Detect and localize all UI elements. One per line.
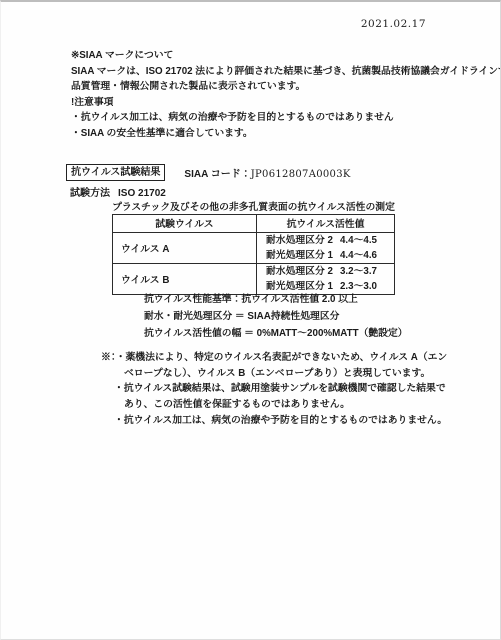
test-method-row: 試験方法ISO 21702 (70, 184, 166, 199)
footnote-line: あり、この活性値を保証するものではありません。 (124, 397, 460, 413)
table-header-row: 試験ウイルス 抗ウイルス活性値 (113, 215, 394, 232)
intro-line-siaa-mark-desc2: 品質管理・情報公開された製品に表示されています。 (71, 79, 444, 95)
criteria-line-performance: 抗ウイルス性能基準：抗ウイルス活性値 2.0 以上 (144, 291, 408, 308)
activity-value-line: 耐水処理区分 23.2～3.7 (266, 264, 394, 279)
test-results-table: 試験ウイルス 抗ウイルス活性値 ウイルス A 耐水処理区分 24.4～4.5 耐… (112, 214, 395, 295)
table-header-virus: 試験ウイルス (113, 215, 257, 232)
table-row-virus-a: ウイルス A 耐水処理区分 24.4～4.5 耐光処理区分 14.4～4.6 (113, 232, 394, 263)
treatment-label: 耐水処理区分 2 (266, 266, 333, 277)
activity-value-line: 耐光処理区分 14.4～4.6 (266, 248, 394, 263)
criteria-line-range: 抗ウイルス活性値の幅 ＝ 0%MATT～200%MATT（艶設定） (144, 325, 408, 342)
footnote-line: ベロープなし）、ウイルス B（エンベロープあり）と表現しています。 (124, 366, 460, 382)
footnote-line: ※：・薬機法により、特定のウイルス名表記ができないため、ウイルス A（エン (101, 350, 460, 366)
criteria-block: 抗ウイルス性能基準：抗ウイルス活性値 2.0 以上 耐水・耐光処理区分 ＝ SI… (144, 291, 408, 342)
footnote-line: ・抗ウイルス試験結果は、試験用塗装サンプルを試験機関で確認した結果で (114, 381, 460, 397)
siaa-code-value: JP0612807A0003K (251, 169, 351, 180)
intro-line-siaa-mark-desc1: SIAA マークは、ISO 21702 法により評価された結果に基づき、抗菌製品… (71, 64, 444, 80)
table-header-activity: 抗ウイルス活性値 (257, 215, 394, 232)
activity-values-cell: 耐水処理区分 23.2～3.7 耐光処理区分 12.3～3.0 (257, 264, 394, 294)
activity-range: 4.4～4.5 (340, 235, 377, 246)
results-section-title: 抗ウイルス試験結果 (66, 164, 165, 181)
results-section-header: 抗ウイルス試験結果 SIAA コード：JP0612807A0003K (66, 164, 351, 181)
test-method-value: ISO 21702 (118, 188, 166, 199)
activity-range: 4.4～4.6 (340, 250, 377, 261)
virus-name-cell: ウイルス B (113, 264, 257, 294)
document-date: 2021.02.17 (1, 18, 426, 30)
virus-name-cell: ウイルス A (113, 233, 257, 263)
treatment-label: 耐光処理区分 1 (266, 250, 333, 261)
intro-line-caution-heading: !注意事項 (71, 95, 444, 111)
criteria-line-treatment: 耐水・耐光処理区分 ＝ SIAA持続性処理区分 (144, 308, 408, 325)
test-method-label: 試験方法 (70, 188, 110, 199)
footnote-line: ・抗ウイルス加工は、病気の治療や予防を目的とするものではありません。 (114, 413, 460, 429)
activity-range: 3.2～3.7 (340, 266, 377, 277)
table-caption: プラスチック及びその他の非多孔質表面の抗ウイルス活性の測定 (112, 199, 395, 213)
footnotes-block: ※：・薬機法により、特定のウイルス名表記ができないため、ウイルス A（エン ベロ… (101, 350, 460, 429)
siaa-code-label: SIAA コード： (184, 169, 250, 180)
activity-value-line: 耐水処理区分 24.4～4.5 (266, 233, 394, 248)
document-page: 2021.02.17 ※SIAA マークについて SIAA マークは、ISO 2… (0, 0, 501, 640)
siaa-code: SIAA コード：JP0612807A0003K (184, 165, 350, 180)
treatment-label: 耐水処理区分 2 (266, 235, 333, 246)
table-row-virus-b: ウイルス B 耐水処理区分 23.2～3.7 耐光処理区分 12.3～3.0 (113, 263, 394, 294)
intro-line-caution-1: ・抗ウイルス加工は、病気の治療や予防を目的とするものではありません (71, 110, 444, 126)
intro-line-siaa-mark-heading: ※SIAA マークについて (71, 48, 444, 64)
intro-block: ※SIAA マークについて SIAA マークは、ISO 21702 法により評価… (71, 48, 444, 142)
intro-line-caution-2: ・SIAA の安全性基準に適合しています。 (71, 126, 444, 142)
activity-values-cell: 耐水処理区分 24.4～4.5 耐光処理区分 14.4～4.6 (257, 233, 394, 263)
